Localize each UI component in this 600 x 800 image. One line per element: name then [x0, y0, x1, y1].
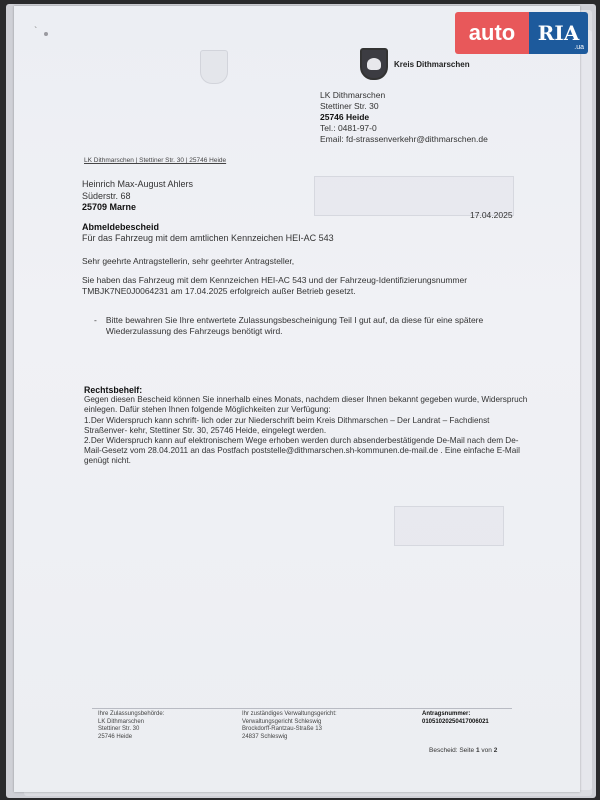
sender-name: LK Dithmarschen — [320, 90, 488, 101]
page-total: 2 — [494, 747, 498, 754]
watermark-ria: RIA .ua — [529, 12, 588, 54]
sender-street: Stettiner Str. 30 — [320, 101, 488, 112]
footer-application-number: Antragsnummer: 01051020250417006021 — [422, 711, 489, 726]
sender-address: LK Dithmarschen Stettiner Str. 30 25746 … — [320, 90, 488, 145]
pen-mark: ` — [34, 26, 37, 37]
subject-line: Für das Fahrzeug mit dem amtlichen Kennz… — [82, 233, 334, 244]
document-page: ` Kreis Dithmarschen LK Dithmarschen Ste… — [14, 6, 580, 792]
sender-city: 25746 Heide — [320, 112, 488, 123]
body-paragraph: Sie haben das Fahrzeug mit dem Kennzeich… — [82, 275, 522, 297]
legal-line: 1.Der Widerspruch kann schrift- lich ode… — [84, 416, 534, 436]
legal-line: 2.Der Widerspruch kann auf elektronische… — [84, 436, 534, 467]
authority-name: Kreis Dithmarschen — [394, 60, 470, 69]
sender-phone: Tel.: 0481-97-0 — [320, 123, 488, 134]
show-through-crest — [200, 50, 228, 84]
footer-line: Brockdorff-Rantzau-Straße 13 — [242, 726, 337, 734]
recipient-city: 25709 Marne — [82, 202, 193, 214]
bullet-text: Bitte bewahren Sie Ihre entwertete Zulas… — [106, 315, 514, 337]
footer-label: Ihre Zulassungsbehörde: — [98, 711, 164, 719]
footer-registration-authority: Ihre Zulassungsbehörde: LK Dithmarschen … — [98, 711, 164, 741]
footer-court: Ihr zuständiges Verwaltungsgericht: Verw… — [242, 711, 337, 741]
watermark-auto: auto — [455, 12, 529, 54]
bullet-note: - Bitte bewahren Sie Ihre entwertete Zul… — [94, 315, 514, 337]
watermark-suffix: .ua — [574, 44, 584, 51]
legal-line: Gegen diesen Bescheid können Sie innerha… — [84, 395, 534, 415]
staple-mark — [44, 32, 48, 36]
legal-heading: Rechtsbehelf: — [84, 385, 534, 395]
coat-of-arms-icon — [360, 48, 388, 80]
footer-line: 25746 Heide — [98, 734, 164, 742]
legal-remedy-section: Rechtsbehelf: Gegen diesen Bescheid könn… — [84, 385, 534, 467]
letter-date: 17.04.2025 — [470, 210, 513, 220]
footer-label: Antragsnummer: — [422, 711, 489, 719]
recipient-address: Heinrich Max-August Ahlers Süderstr. 68 … — [82, 179, 193, 214]
authority-logo: Kreis Dithmarschen — [360, 48, 470, 80]
subject-block: Abmeldebescheid Für das Fahrzeug mit dem… — [82, 222, 334, 244]
salutation: Sehr geehrte Antragstellerin, sehr geehr… — [82, 256, 294, 266]
autoria-watermark: auto RIA .ua — [455, 12, 588, 54]
footer-line: Stettiner Str. 30 — [98, 726, 164, 734]
return-address-line: LK Dithmarschen | Stettiner Str. 30 | 25… — [84, 157, 226, 164]
page-indicator: Bescheid: Seite 1 von 2 — [429, 747, 497, 754]
recipient-name: Heinrich Max-August Ahlers — [82, 179, 193, 191]
footer-line: LK Dithmarschen — [98, 719, 164, 727]
bullet-marker: - — [94, 315, 97, 337]
page-separator: von — [481, 747, 491, 754]
page-prefix: Bescheid: Seite — [429, 747, 474, 754]
sender-email: Email: fd-strassenverkehr@dithmarschen.d… — [320, 134, 488, 145]
subject-title: Abmeldebescheid — [82, 222, 334, 233]
watermark-ria-text: RIA — [538, 21, 580, 45]
footer-line: Verwaltungsgericht Schleswig — [242, 719, 337, 727]
application-number: 01051020250417006021 — [422, 719, 489, 727]
footer-line: 24837 Schleswig — [242, 734, 337, 742]
footer-divider — [92, 708, 512, 709]
footer-label: Ihr zuständiges Verwaltungsgericht: — [242, 711, 337, 719]
page-current: 1 — [476, 747, 480, 754]
recipient-street: Süderstr. 68 — [82, 191, 193, 203]
show-through-box — [394, 506, 504, 546]
